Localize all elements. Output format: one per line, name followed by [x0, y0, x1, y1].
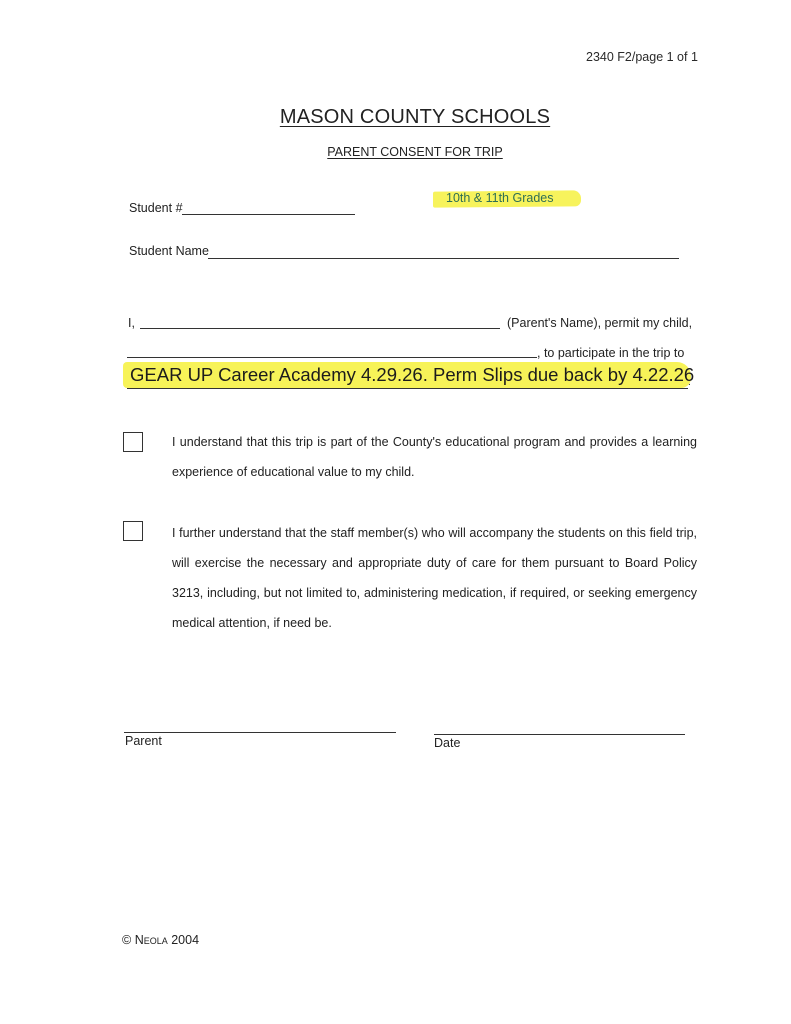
- acknowledgement-text-1: I understand that this trip is part of t…: [172, 427, 697, 487]
- student-number-field[interactable]: [182, 214, 355, 215]
- destination-line-end: .: [688, 377, 691, 388]
- page-title: MASON COUNTY SCHOOLS: [0, 106, 791, 129]
- child-name-field[interactable]: [127, 357, 537, 358]
- student-name-field[interactable]: [208, 258, 679, 259]
- grades-annotation: 10th & 11th Grades: [446, 191, 553, 205]
- parent-name-field[interactable]: [140, 328, 500, 329]
- parent-line-prefix: I,: [128, 316, 135, 330]
- copyright-symbol: ©: [122, 933, 131, 947]
- page-reference: 2340 F2/page 1 of 1: [586, 50, 698, 64]
- parent-signature-field[interactable]: [124, 732, 396, 733]
- form-subtitle: PARENT CONSENT FOR TRIP: [0, 145, 791, 159]
- parent-line-suffix: (Parent's Name), permit my child,: [507, 316, 692, 330]
- acknowledgement-checkbox-2[interactable]: [123, 521, 143, 541]
- student-number-label: Student #: [129, 201, 183, 215]
- trip-destination-field: [127, 388, 688, 389]
- publisher-name: Neola: [135, 933, 168, 947]
- acknowledgement-checkbox-1[interactable]: [123, 432, 143, 452]
- date-label: Date: [434, 736, 460, 750]
- acknowledgement-text-2: I further understand that the staff memb…: [172, 518, 697, 638]
- copyright-notice: © Neola 2004: [122, 933, 199, 947]
- student-name-label: Student Name: [129, 244, 209, 258]
- copyright-year: 2004: [171, 933, 199, 947]
- child-line-suffix: , to participate in the trip to: [537, 346, 684, 360]
- trip-destination-value[interactable]: GEAR UP Career Academy 4.29.26. Perm Sli…: [130, 364, 694, 386]
- parent-signature-label: Parent: [125, 734, 162, 748]
- date-field[interactable]: [434, 734, 685, 735]
